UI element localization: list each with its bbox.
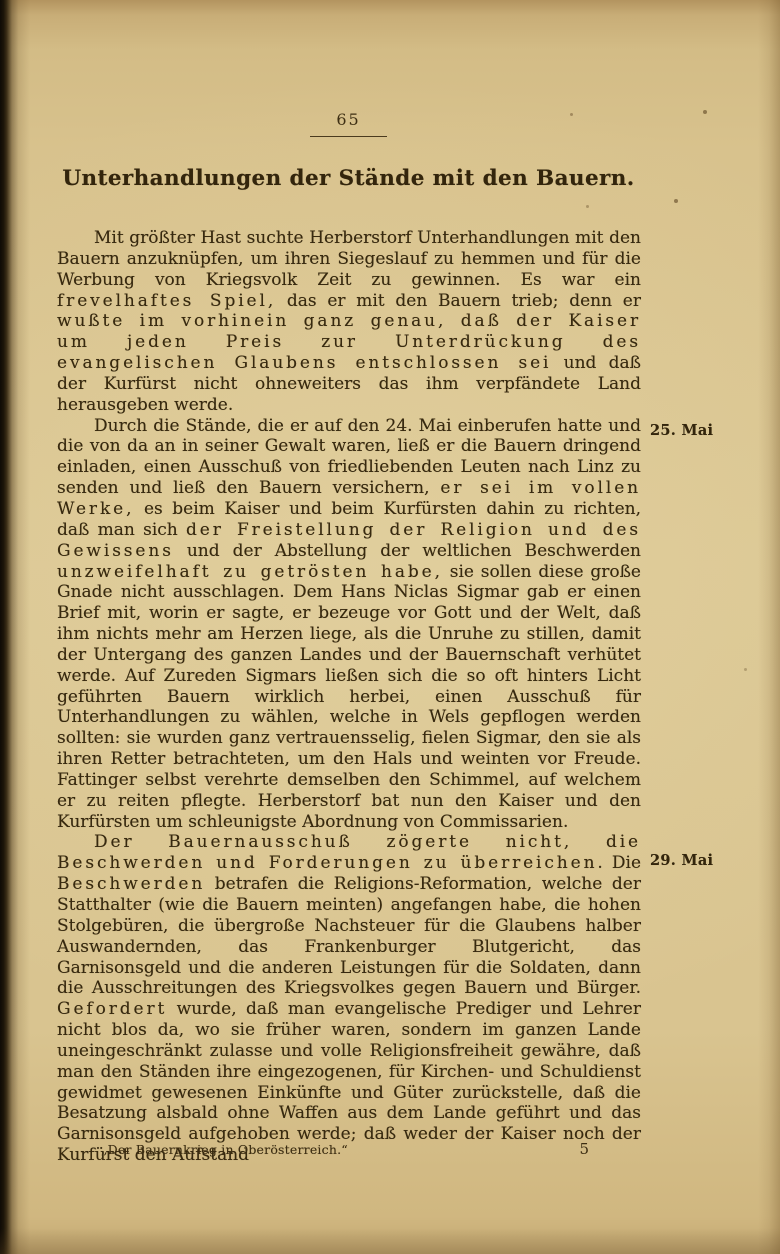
foxing-speck	[674, 199, 678, 203]
footer-book-title: „Der Bauernkrieg in Oberösterreich.“	[101, 1142, 348, 1157]
book-page-scan: 65 Unterhandlungen der Stände mit den Ba…	[0, 0, 780, 1254]
emphasized-text-segment: unzweifelhaft zu getrösten habe,	[57, 562, 443, 582]
page-binding-shadow	[0, 0, 30, 1254]
text-segment: Die	[606, 853, 641, 873]
margin-date-note: 25. Mai	[650, 422, 760, 439]
page-right-edge-shadow	[758, 0, 780, 1254]
footer-signature-number: 5	[579, 1140, 589, 1158]
margin-date-note: 29. Mai	[650, 852, 760, 869]
page-number: 65	[310, 110, 386, 137]
emphasized-text-segment: Beschwerden	[57, 874, 205, 894]
foxing-speck	[744, 668, 747, 671]
chapter-heading: Unterhandlungen der Stände mit den Bauer…	[57, 166, 640, 191]
paragraph: Mit größter Hast suchte Herberstorf Unte…	[57, 228, 641, 416]
page-number-row: 65	[57, 110, 640, 137]
paragraph: Der Bauernausschuß zögerte nicht, die Be…	[57, 832, 641, 1166]
emphasized-text-segment: frevelhaftes Spiel,	[57, 291, 276, 311]
text-segment: und der Abstellung der weltlichen Beschw…	[174, 541, 641, 561]
foxing-speck	[586, 205, 589, 208]
page-footer: „Der Bauernkrieg in Oberösterreich.“ 5	[57, 1140, 641, 1158]
text-segment: Mit größter Hast suchte Herberstorf Unte…	[57, 228, 641, 290]
page-bottom-edge-shadow	[0, 1228, 780, 1254]
emphasized-text-segment: Gefordert	[57, 999, 167, 1019]
paragraph: Durch die Stände, die er auf den 24. Mai…	[57, 416, 641, 833]
text-segment: das er mit den Bauern trieb; denn er	[276, 291, 641, 311]
emphasized-text-segment: Der Bauernausschuß zögerte nicht, die Be…	[57, 832, 641, 873]
text-segment: sie sollen diese große Gnade nicht aussc…	[57, 562, 641, 832]
body-text-column: Mit größter Hast suchte Herberstorf Unte…	[57, 228, 641, 1166]
foxing-speck	[703, 110, 707, 114]
